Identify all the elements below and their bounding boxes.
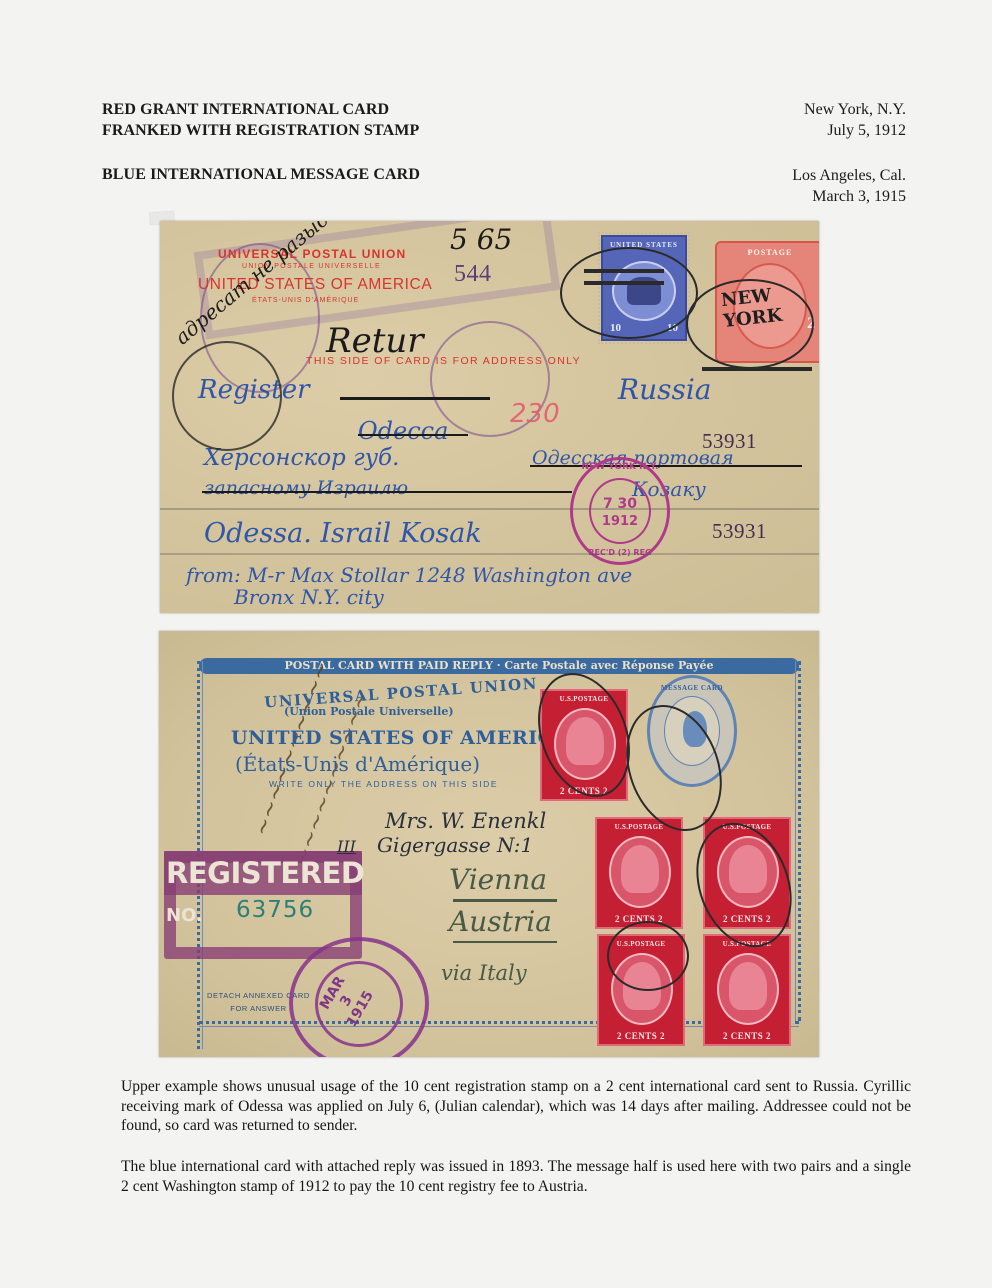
print-address-notice: WRITE ONLY THE ADDRESS ON THIS SIDE — [269, 779, 498, 789]
caption-upper: Upper example shows unusual usage of the… — [121, 1077, 911, 1136]
la-cancel-4 — [607, 921, 689, 991]
print-country: UNITED STATES OF AMERICA — [231, 727, 568, 749]
print-upu-title: UNIVERSAL POSTAL UNION — [218, 247, 406, 261]
origin-date-2: March 3, 1915 — [792, 186, 906, 207]
indicium-label: POSTAGE — [717, 248, 819, 257]
handwritten-district: III — [337, 837, 356, 856]
ornamental-border-right — [795, 661, 801, 1021]
handwritten-city: Vienna — [449, 863, 547, 896]
handwritten-street: Gigergasse N:1 — [377, 833, 533, 857]
origin-place-2: Los Angeles, Cal. — [792, 165, 906, 186]
upper-postal-card: UNIVERSAL POSTAL UNION UNION POSTALE UNI… — [160, 221, 819, 613]
stamp-value: 2 CENTS 2 — [705, 1031, 789, 1041]
card-banner: POSTAL CARD WITH PAID REPLY · Carte Post… — [199, 658, 799, 674]
pencil-rule — [160, 553, 819, 555]
handwritten-route: via Italy — [441, 961, 527, 985]
registered-number: 63756 — [236, 897, 314, 923]
strike-line — [358, 434, 468, 436]
receiving-mark-year: 1912 — [573, 514, 667, 529]
registry-number-2: 53931 — [712, 519, 767, 544]
handwritten-numbers: 5 65 — [450, 223, 512, 256]
handwritten-cyrillic-2-struck: запасному Израилю — [204, 477, 408, 499]
registered-title: REGISTERED — [164, 851, 362, 895]
washington-portrait-icon — [621, 845, 659, 893]
print-country-fr: ÉTATS-UNIS D'AMÉRIQUE — [252, 297, 359, 304]
underline — [453, 899, 557, 902]
washington-stamp-pair-1-top: U.S.POSTAGE 2 CENTS 2 — [595, 817, 683, 929]
origin-date-1: July 5, 1912 — [792, 120, 906, 141]
receiving-mark: NEW YORK N.Y. 7 30 1912 REC'D (2) REG — [570, 457, 670, 565]
registered-no-label: NO. — [166, 905, 203, 926]
heading-line-3: BLUE INTERNATIONAL MESSAGE CARD — [102, 164, 420, 185]
handwritten-addressee: Mrs. W. Enenkl — [385, 809, 546, 833]
heading-line-1: RED GRANT INTERNATIONAL CARD — [102, 99, 420, 120]
odessa-receiving-postmark — [172, 341, 282, 451]
page-heading-right: New York, N.Y. July 5, 1912 Los Angeles,… — [792, 99, 906, 207]
handwritten-sender-1: from: M-r Max Stollar 1248 Washington av… — [186, 563, 632, 587]
washington-portrait-icon — [729, 962, 767, 1010]
handwritten-country: Austria — [449, 905, 552, 938]
stamp-value: 2 CENTS 2 — [599, 1031, 683, 1041]
handwritten-city-struck: Odecca — [358, 417, 448, 445]
cancel-bar — [584, 269, 664, 273]
print-country-fr: (États-Unis d'Amérique) — [235, 752, 480, 776]
los-angeles-registered-postmark: MAR 3 1915 — [289, 937, 429, 1057]
handwritten-retur: Retur — [326, 321, 424, 361]
lower-postal-card: POSTAL CARD WITH PAID REPLY · Carte Post… — [159, 631, 819, 1057]
receiving-mark-time: 7 30 — [573, 496, 667, 512]
underline — [453, 941, 557, 943]
heading-line-2: FRANKED WITH REGISTRATION STAMP — [102, 120, 420, 141]
receiving-mark-top: NEW YORK N.Y. — [573, 462, 667, 472]
pencil-rule — [160, 508, 819, 510]
caption-lower: The blue international card with attache… — [121, 1157, 911, 1196]
cancel-bar — [702, 367, 812, 371]
scribble-strike — [340, 397, 490, 400]
print-upu-subtitle: (Union Postale Universelle) — [284, 705, 454, 718]
album-page: RED GRANT INTERNATIONAL CARD FRANKED WIT… — [0, 0, 992, 1288]
page-heading-left: RED GRANT INTERNATIONAL CARD FRANKED WIT… — [102, 99, 420, 185]
handwritten-country: Russia — [618, 373, 712, 406]
stamped-number-544: 544 — [454, 261, 492, 288]
handwritten-latin-address: Odessa. Israil Kosak — [204, 518, 482, 549]
strike-line — [202, 491, 572, 493]
washington-stamp-pair-2-bottom: U.S.POSTAGE 2 CENTS 2 — [703, 934, 791, 1046]
duplex-cancel-1 — [560, 247, 698, 339]
red-pencil-number: 230 — [510, 399, 560, 429]
handwritten-sender-2: Bronx N.Y. city — [234, 585, 384, 609]
indicium-label: MESSAGE CARD — [650, 684, 734, 692]
cancel-bar — [584, 281, 664, 285]
origin-place-1: New York, N.Y. — [792, 99, 906, 120]
